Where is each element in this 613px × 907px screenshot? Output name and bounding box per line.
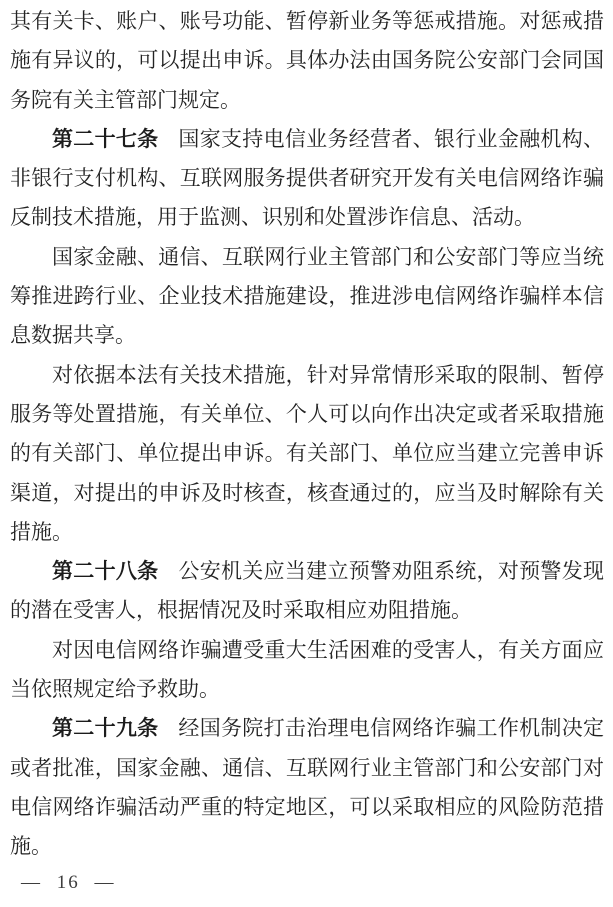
paragraph-text: 国家金融、通信、互联网行业主管部门和公安部门等应当统筹推进跨行业、企业技术措施建… (10, 245, 604, 348)
paragraph: 对因电信网络诈骗遭受重大生活困难的受害人，有关方面应当依照规定给予救助。 (10, 631, 604, 710)
document-page: 其有关卡、账户、账号功能、暂停新业务等惩戒措施。对惩戒措施有异议的，可以提出申诉… (0, 0, 613, 907)
paragraph: 对依据本法有关技术措施，针对异常情形采取的限制、暂停服务等处置措施，有关单位、个… (10, 356, 604, 552)
page-number: — 16 — (21, 867, 116, 899)
paragraph-text: 对依据本法有关技术措施，针对异常情形采取的限制、暂停服务等处置措施，有关单位、个… (10, 363, 604, 544)
article-number-label: 第二十九条 (52, 717, 158, 740)
paragraph-article-28: 第二十八条公安机关应当建立预警劝阻系统，对预警发现的潜在受害人，根据情况及时采取… (10, 552, 604, 631)
document-body: 其有关卡、账户、账号功能、暂停新业务等惩戒措施。对惩戒措施有异议的，可以提出申诉… (10, 2, 604, 867)
paragraph-article-29: 第二十九条经国务院打击治理电信网络诈骗工作机制决定或者批准，国家金融、通信、互联… (10, 709, 604, 866)
paragraph-text: 对因电信网络诈骗遭受重大生活困难的受害人，有关方面应当依照规定给予救助。 (10, 638, 604, 701)
paragraph: 其有关卡、账户、账号功能、暂停新业务等惩戒措施。对惩戒措施有异议的，可以提出申诉… (10, 2, 604, 120)
article-number-label: 第二十七条 (52, 128, 158, 151)
article-number-label: 第二十八条 (52, 560, 158, 583)
paragraph-article-27: 第二十七条国家支持电信业务经营者、银行业金融机构、非银行支付机构、互联网服务提供… (10, 120, 604, 238)
paragraph: 国家金融、通信、互联网行业主管部门和公安部门等应当统筹推进跨行业、企业技术措施建… (10, 238, 604, 356)
paragraph-text: 其有关卡、账户、账号功能、暂停新业务等惩戒措施。对惩戒措施有异议的，可以提出申诉… (10, 9, 604, 112)
